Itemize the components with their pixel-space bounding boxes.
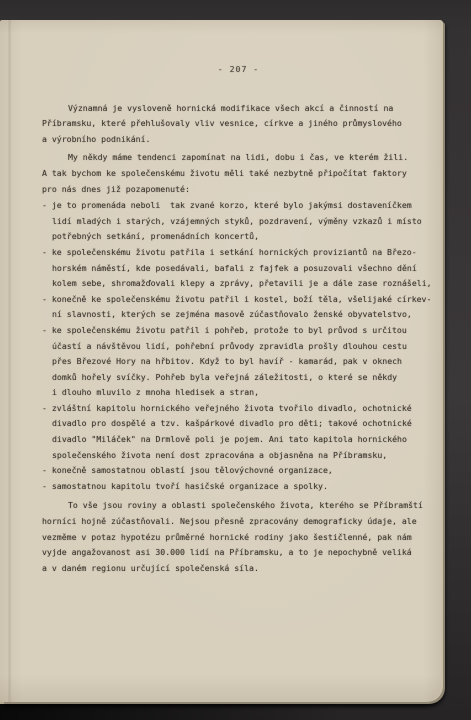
bullet-list: - je to promenáda neboli tak zvané korzo… — [42, 198, 435, 494]
text-line: potřebných setkání, promenádních koncert… — [42, 229, 435, 245]
text-line: - je to promenáda neboli tak zvané korzo… — [42, 198, 435, 214]
paragraph: Významná je vysloveně hornická modifikac… — [42, 101, 435, 148]
text-line: pro nás dnes již pozapomenuté: — [42, 182, 435, 198]
bullet-item: - zvláštní kapitolu hornického veřejného… — [42, 401, 435, 463]
page-number: - 207 - — [42, 62, 435, 78]
text-line: ní slavnosti, kterých se zejména masově … — [42, 307, 435, 323]
text-line: a v daném regionu určující společenská s… — [42, 561, 435, 577]
text-line: - konečně samostatnou oblastí jsou tělov… — [42, 463, 435, 479]
text-line: vyjde angažovanost asi 30.000 lidí na Př… — [42, 545, 435, 561]
text-line: společenského života není dost zpracován… — [42, 448, 435, 464]
text-line: účastí a návštěvou lidí, pohřební průvod… — [42, 339, 435, 355]
scan-background: - 207 - Významná je vysloveně hornická m… — [0, 0, 471, 720]
paragraph: To vše jsou roviny a oblasti společenské… — [42, 498, 435, 576]
text-line: Významná je vysloveně hornická modifikac… — [42, 101, 435, 117]
bullet-item: - ke společenskému životu patřil i pohře… — [42, 323, 435, 401]
text-line: - samostatnou kapitolu tvoří hasičské or… — [42, 479, 435, 495]
bullet-item: - konečně ke společenskému životu patřil… — [42, 292, 435, 323]
bullet-item: - ke společenskému životu patřila i setk… — [42, 245, 435, 292]
page-content: - 207 - Významná je vysloveně hornická m… — [0, 20, 441, 702]
text-line: vezměme v potaz hypotézu průměrné hornic… — [42, 530, 435, 546]
text-line: horníci hojně zúčastňovali. Nejsou přesn… — [42, 514, 435, 530]
text-line: To vše jsou roviny a oblasti společenské… — [42, 498, 435, 514]
text-line: - ke společenskému životu patřila i setk… — [42, 245, 435, 261]
document-page: - 207 - Významná je vysloveně hornická m… — [0, 20, 441, 702]
bullet-item: - samostatnou kapitolu tvoří hasičské or… — [42, 479, 435, 495]
text-line: - zvláštní kapitolu hornického veřejného… — [42, 401, 435, 417]
text-line: přes Březové Hory na hřbitov. Když to by… — [42, 354, 435, 370]
text-line: - konečně ke společenskému životu patřil… — [42, 292, 435, 308]
text-line: My někdy máme tendenci zapomínat na lidi… — [42, 150, 435, 166]
text-line: i dlouho mluvilo z mnoha hledisek a stra… — [42, 385, 435, 401]
paragraph: My někdy máme tendenci zapomínat na lidi… — [42, 150, 435, 197]
text-line: divadlo "Miláček" na Drmlově poli je poj… — [42, 432, 435, 448]
text-line: horském náměstí, kde posedávali, bafali … — [42, 261, 435, 277]
text-line: - ke společenskému životu patřil i pohře… — [42, 323, 435, 339]
bullet-item: - konečně samostatnou oblastí jsou tělov… — [42, 463, 435, 479]
text-line: lidí mladých i starých, vzájemných styků… — [42, 214, 435, 230]
text-line: a výrobního podnikání. — [42, 132, 435, 148]
bullet-item: - je to promenáda neboli tak zvané korzo… — [42, 198, 435, 245]
text-line: Příbramsku, které přehlušovaly vliv vesn… — [42, 116, 435, 132]
text-line: domků hořely svíčky. Pohřeb byla veřejná… — [42, 370, 435, 386]
text-line: kolem sebe, shromažďovali klepy a zprávy… — [42, 276, 435, 292]
text-line: A tak bychom ke společenskému životu měl… — [42, 166, 435, 182]
text-line: divadlo pro dospělé a tzv. kašpárkové di… — [42, 416, 435, 432]
